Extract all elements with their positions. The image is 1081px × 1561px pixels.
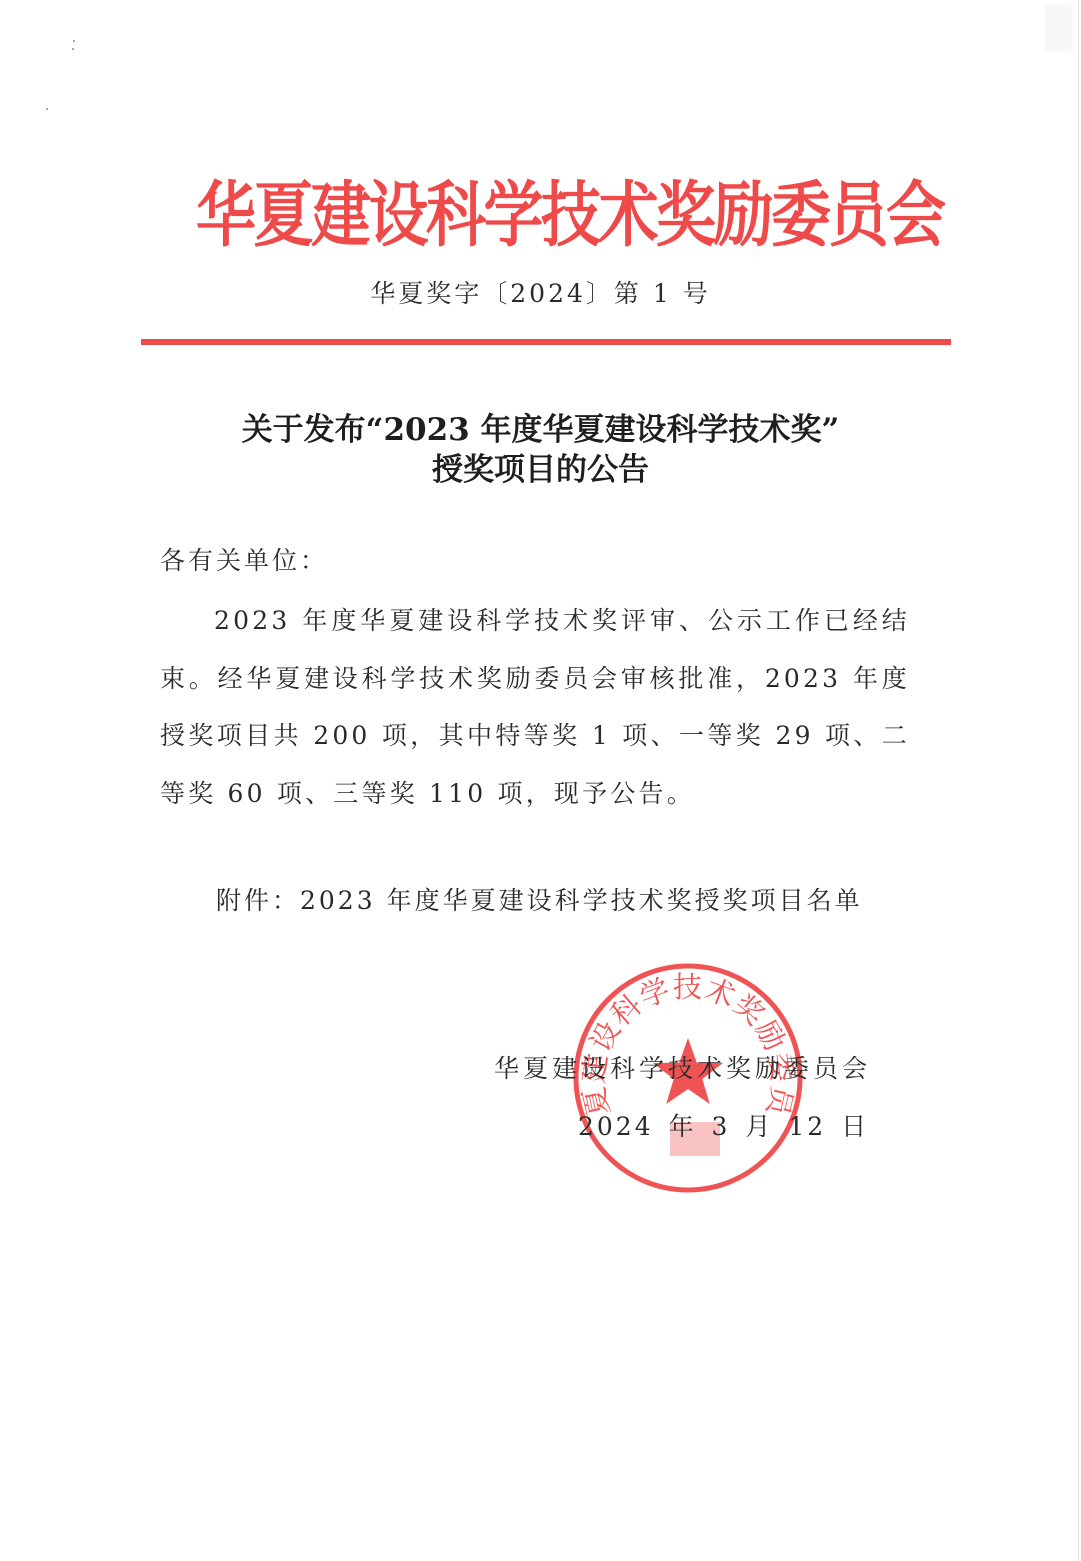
masthead-char: 委: [771, 164, 829, 268]
masthead-char: 科: [426, 164, 484, 268]
masthead-char: 励: [714, 164, 772, 268]
masthead-char: 技: [541, 164, 599, 268]
masthead-char: 建: [311, 164, 369, 268]
seal-text: 华夏建设科学技术奖励委员会: [572, 962, 800, 1121]
signature-date: 2024 年 3 月 12 日: [578, 1107, 869, 1143]
scan-speck: [72, 48, 74, 50]
scan-speck: [46, 108, 48, 110]
body-paragraph: 2023 年度华夏建设科学技术奖评审、公示工作已经结束。经华夏建设科学技术奖励委…: [160, 592, 910, 822]
masthead-char: 学: [484, 164, 542, 268]
announcement-title: 关于发布“2023 年度华夏建设科学技术奖” 授奖项目的公告: [0, 410, 1081, 490]
masthead-char: 设: [369, 164, 427, 268]
document-number: 华夏奖字〔2024〕第 1 号: [0, 274, 1081, 310]
masthead-char: 员: [829, 164, 887, 268]
svg-text:华夏建设科学技术奖励委员会: 华夏建设科学技术奖励委员会: [572, 962, 800, 1121]
masthead-char: 华: [196, 164, 254, 268]
salutation: 各有关单位：: [160, 541, 328, 577]
masthead-char: 奖: [656, 164, 714, 268]
attachment-line: 附件：2023 年度华夏建设科学技术奖授奖项目名单: [216, 881, 863, 917]
document-page: 华 夏 建 设 科 学 技 术 奖 励 委 员 会 华夏奖字〔2024〕第 1 …: [0, 0, 1081, 1561]
masthead-char: 会: [886, 164, 944, 268]
title-line-1: 关于发布“2023 年度华夏建设科学技术奖”: [0, 410, 1081, 450]
masthead-char: 术: [599, 164, 657, 268]
masthead-char: 夏: [254, 164, 312, 268]
scan-edge-line: [1078, 0, 1079, 1561]
masthead-title: 华 夏 建 设 科 学 技 术 奖 励 委 员 会: [196, 164, 896, 268]
scan-smudge: [1045, 4, 1073, 52]
red-divider-rule: [141, 339, 951, 345]
scan-speck: [73, 40, 75, 42]
signature-organization: 华夏建设科学技术奖励委员会: [494, 1049, 871, 1085]
title-line-2: 授奖项目的公告: [0, 450, 1081, 490]
